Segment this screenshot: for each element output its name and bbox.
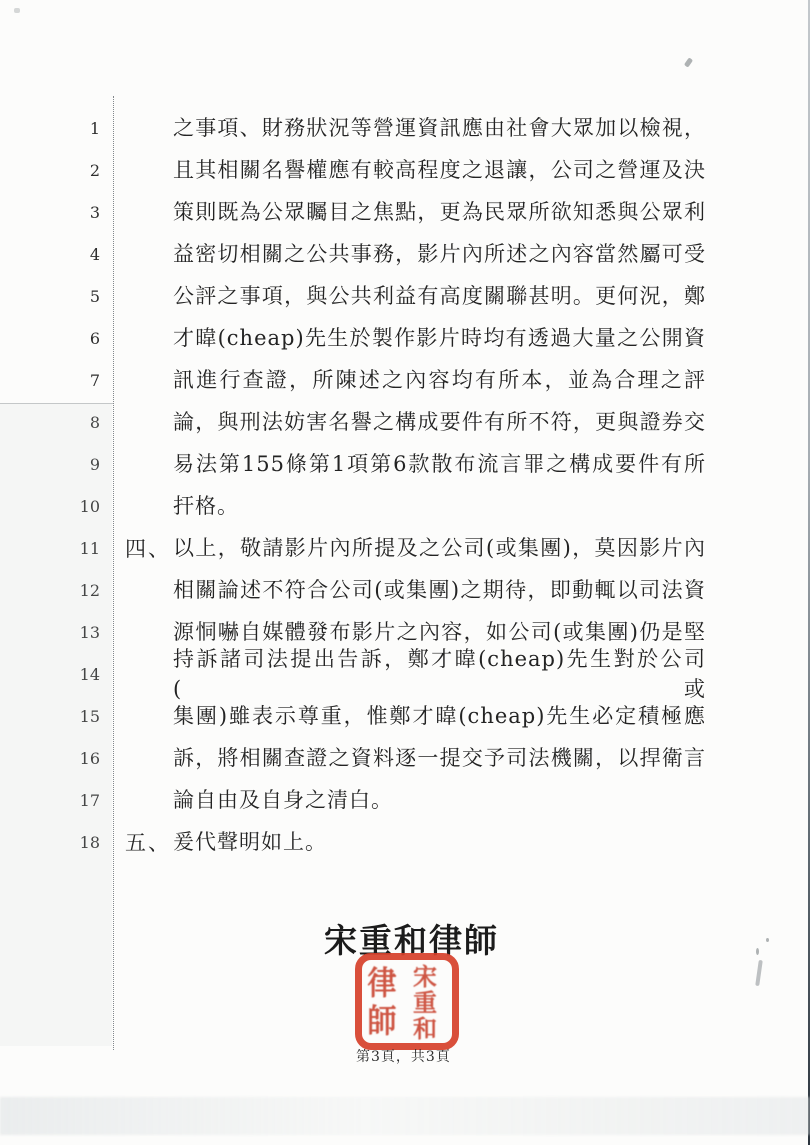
line-row: 6才暐(cheap)先生於製作影片時均有透過大量之公開資	[0, 317, 760, 359]
line-row: 12相關論述不符合公司(或集團)之期待，即動輒以司法資	[0, 569, 760, 611]
line-number: 3	[0, 203, 100, 222]
line-row: 18五、爰代聲明如上。	[0, 821, 760, 863]
line-row: 15集團)雖表示尊重，惟鄭才暐(cheap)先生必定積極應	[0, 695, 760, 737]
line-text: 益密切相關之公共事務，影片內所述之內容當然屬可受	[173, 239, 706, 269]
line-row: 2且其相關名譽權應有較高程度之退讓，公司之營運及決	[0, 149, 760, 191]
line-text: 訴，將相關查證之資料逐一提交予司法機關，以捍衛言	[173, 743, 706, 773]
line-text: 相關論述不符合公司(或集團)之期待，即動輒以司法資	[173, 575, 706, 605]
line-number: 6	[0, 329, 100, 348]
line-text: 論自由及自身之清白。	[173, 785, 706, 815]
line-text: 之事項、財務狀況等營運資訊應由社會大眾加以檢視，	[173, 113, 706, 143]
line-row: 14持訴諸司法提出告訴，鄭才暐(cheap)先生對於公司(或	[0, 653, 760, 695]
seal-character: 宋	[413, 964, 437, 990]
line-number: 1	[0, 119, 100, 138]
line-text: 集團)雖表示尊重，惟鄭才暐(cheap)先生必定積極應	[173, 701, 706, 731]
line-text: 源恫嚇自媒體發布影片之內容，如公司(或集團)仍是堅	[173, 617, 706, 647]
seal-right-column: 宋重和	[400, 964, 450, 1040]
scan-speck	[766, 938, 769, 942]
document-body: 1之事項、財務狀況等營運資訊應由社會大眾加以檢視，2且其相關名譽權應有較高程度之…	[0, 107, 760, 863]
line-text: 爰代聲明如上。	[173, 827, 706, 857]
line-text: 扞格。	[173, 491, 706, 521]
line-row: 11四、以上，敬請影片內所提及之公司(或集團)，莫因影片內	[0, 527, 760, 569]
line-row: 17論自由及自身之清白。	[0, 779, 760, 821]
seal-character: 律	[368, 964, 397, 1002]
line-text: 策則既為公眾矚目之焦點，更為民眾所欲知悉與公眾利	[173, 197, 706, 227]
line-number: 4	[0, 245, 100, 264]
line-text: 持訴諸司法提出告訴，鄭才暐(cheap)先生對於公司(或	[173, 644, 706, 704]
line-text: 易法第155條第1項第6款散布流言罪之構成要件有所	[173, 449, 706, 479]
line-text: 論，與刑法妨害名譽之構成要件有所不符，更與證券交	[173, 407, 706, 437]
scan-speck	[756, 948, 759, 955]
line-row: 5公評之事項，與公共利益有高度關聯甚明。更何況，鄭	[0, 275, 760, 317]
seal-character: 和	[413, 1016, 437, 1042]
line-row: 1之事項、財務狀況等營運資訊應由社會大眾加以檢視，	[0, 107, 760, 149]
line-text: 公評之事項，與公共利益有高度關聯甚明。更何況，鄭	[173, 281, 706, 311]
line-number: 5	[0, 287, 100, 306]
scanned-legal-document-page: 1之事項、財務狀況等營運資訊應由社會大眾加以檢視，2且其相關名譽權應有較高程度之…	[0, 0, 810, 1145]
scan-shade-artifact	[0, 404, 112, 1046]
scan-speck	[684, 57, 693, 67]
line-text: 訊進行查證，所陳述之內容均有所本，並為合理之評	[173, 365, 706, 395]
line-number: 2	[0, 161, 100, 180]
line-row: 10扞格。	[0, 485, 760, 527]
line-text: 且其相關名譽權應有較高程度之退讓，公司之營運及決	[173, 155, 706, 185]
page-number-footer: 第3頁，共3頁	[356, 1046, 451, 1066]
seal-character: 師	[368, 1002, 397, 1040]
seal-character: 重	[413, 990, 437, 1016]
line-text: 以上，敬請影片內所提及之公司(或集團)，莫因影片內	[173, 533, 706, 563]
line-row: 8論，與刑法妨害名譽之構成要件有所不符，更與證券交	[0, 401, 760, 443]
seal-left-column: 律師	[364, 964, 400, 1040]
line-number: 7	[0, 371, 100, 390]
scan-bottom-artifact	[0, 1097, 810, 1135]
line-row: 7訊進行查證，所陳述之內容均有所本，並為合理之評	[0, 359, 760, 401]
lawyer-seal-stamp: 律師 宋重和	[355, 953, 459, 1050]
scan-speck	[755, 960, 763, 986]
line-row: 16訴，將相關查證之資料逐一提交予司法機關，以捍衛言	[0, 737, 760, 779]
line-row: 9易法第155條第1項第6款散布流言罪之構成要件有所	[0, 443, 760, 485]
line-row: 4益密切相關之公共事務，影片內所述之內容當然屬可受	[0, 233, 760, 275]
line-row: 3策則既為公眾矚目之焦點，更為民眾所欲知悉與公眾利	[0, 191, 760, 233]
line-text: 才暐(cheap)先生於製作影片時均有透過大量之公開資	[173, 323, 706, 353]
scan-speck	[14, 8, 20, 13]
